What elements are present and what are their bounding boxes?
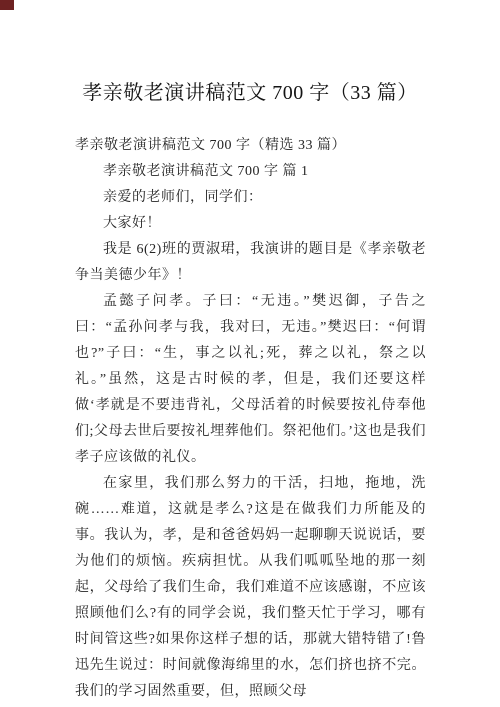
paragraph: 在家里，我们那么努力的干活，扫地，拖地，洗碗……难道，这就是孝么?这是在做我们力…: [75, 471, 426, 705]
paragraph: 大家好！: [75, 211, 426, 237]
paragraph: 我是 6(2)班的贾淑珺，我演讲的题目是《孝亲敬老争当美德少年》！: [75, 237, 426, 289]
corner-accent-mark: [0, 0, 14, 10]
paragraph: 亲爱的老师们，同学们：: [75, 185, 426, 211]
paragraph: 孝亲敬老演讲稿范文 700 字 篇 1: [75, 159, 426, 185]
document-page: { "page": { "corner_color": "#6e2222", "…: [0, 0, 500, 707]
paragraph: 孟懿子问孝。子曰：“无违。”樊迟御，子告之曰：“孟孙问孝与我，我对曰，无违。”樊…: [75, 289, 426, 471]
paragraph: 孝亲敬老演讲稿范文 700 字（精选 33 篇）: [75, 133, 426, 159]
document-body: 孝亲敬老演讲稿范文 700 字（精选 33 篇）孝亲敬老演讲稿范文 700 字 …: [75, 133, 426, 705]
page-title: 孝亲敬老演讲稿范文 700 字（33 篇）: [0, 78, 500, 108]
